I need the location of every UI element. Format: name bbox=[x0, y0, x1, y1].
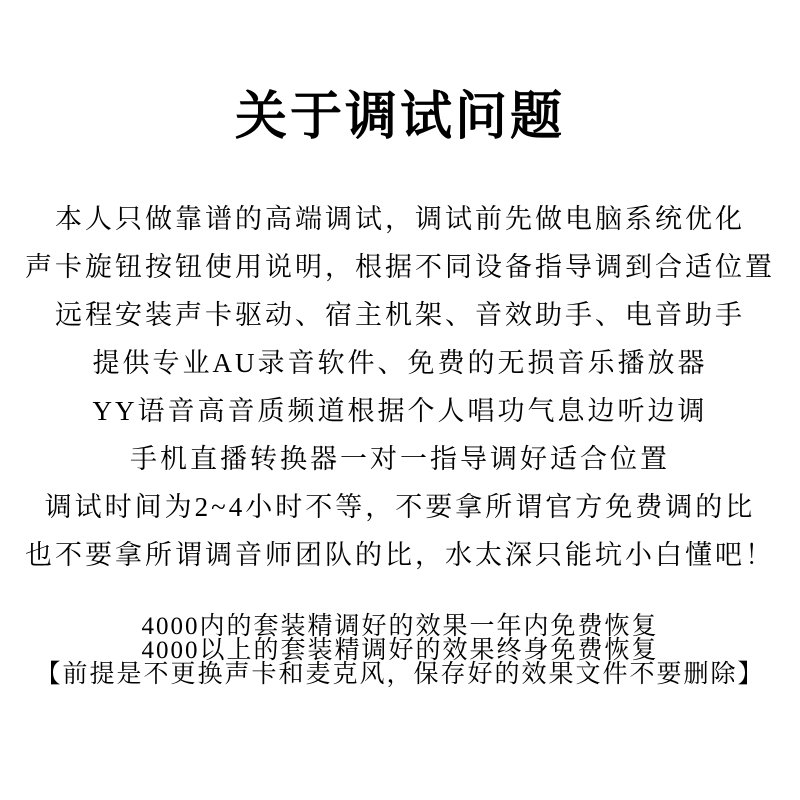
footer-line-3: 【前提是不更换声卡和麦克风，保存好的效果文件不要删除】 bbox=[0, 663, 800, 687]
body-line-8: 也不要拿所谓调音师团队的比，水太深只能坑小白懂吧！ bbox=[0, 531, 800, 579]
page-title: 关于调试问题 bbox=[0, 90, 800, 145]
footer-line-2: 4000以上的套装精调好的效果终身免费恢复 bbox=[0, 639, 800, 663]
body-line-1: 本人只做靠谱的高端调试，调试前先做电脑系统优化 bbox=[0, 195, 800, 243]
debug-notice-poster: 关于调试问题 本人只做靠谱的高端调试，调试前先做电脑系统优化 声卡旋钮按钮使用说… bbox=[0, 0, 800, 800]
body-line-7: 调试时间为2~4小时不等，不要拿所谓官方免费调的比 bbox=[0, 483, 800, 531]
body-line-5: YY语音高音质频道根据个人唱功气息边听边调 bbox=[0, 387, 800, 435]
body-line-6: 手机直播转换器一对一指导调好适合位置 bbox=[0, 435, 800, 483]
footer-line-1: 4000内的套装精调好的效果一年内免费恢复 bbox=[0, 615, 800, 639]
body-line-4: 提供专业AU录音软件、免费的无损音乐播放器 bbox=[0, 339, 800, 387]
body-line-3: 远程安装声卡驱动、宿主机架、音效助手、电音助手 bbox=[0, 291, 800, 339]
footer-text-block: 4000内的套装精调好的效果一年内免费恢复 4000以上的套装精调好的效果终身免… bbox=[0, 615, 800, 687]
body-text-block: 本人只做靠谱的高端调试，调试前先做电脑系统优化 声卡旋钮按钮使用说明，根据不同设… bbox=[0, 195, 800, 579]
body-line-2: 声卡旋钮按钮使用说明，根据不同设备指导调到合适位置 bbox=[0, 243, 800, 291]
